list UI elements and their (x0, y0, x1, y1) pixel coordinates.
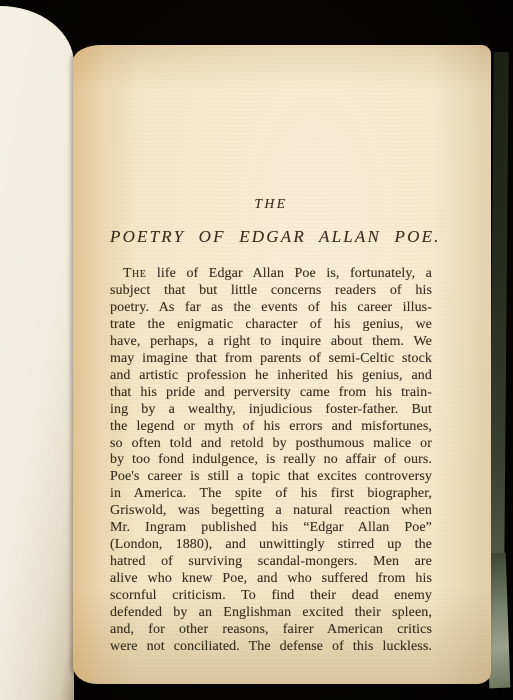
lead-word-smallcaps: The (123, 266, 146, 281)
text-line: Griswold, was begetting a natural reacti… (110, 503, 432, 520)
body-paragraph: The life of Edgar Allan Poe is, fortunat… (110, 266, 432, 656)
book-page: THE POETRY OF EDGAR ALLAN POE. The life … (73, 45, 491, 684)
text-line: and artistic profession he inherited his… (110, 368, 432, 385)
first-line-rest: life of Edgar Allan Poe is, fortunately,… (157, 266, 432, 281)
text-line: (London, 1880), and unwittingly stirred … (110, 537, 432, 554)
text-line: alive who knew Poe, and who suffered fro… (110, 571, 432, 588)
text-line: so often told and retold by posthumous m… (110, 436, 432, 453)
text-line: The life of Edgar Allan Poe is, fortunat… (110, 266, 432, 283)
body-lines: subject that but little concerns readers… (110, 283, 432, 656)
text-line: and, for other reasons, fairer American … (110, 622, 432, 639)
text-line: the legend or myth of his errors and mis… (110, 419, 432, 436)
chapter-title: POETRY OF EDGAR ALLAN POE. (110, 226, 432, 247)
text-line: scornful criticism. To find their dead e… (110, 588, 432, 605)
text-line: hatred of surviving scandal-mongers. Men… (110, 554, 432, 571)
text-line: poetry. As far as the events of his care… (110, 300, 432, 317)
facing-page (0, 6, 74, 700)
text-line: may imagine that from parents of semi-Ce… (110, 351, 432, 368)
page-content: THE POETRY OF EDGAR ALLAN POE. The life … (110, 196, 432, 656)
chapter-kicker: THE (110, 196, 432, 212)
text-line: in America. The spite of his first biogr… (110, 486, 432, 503)
text-line: ing by a wealthy, injudicious foster-fat… (110, 402, 432, 419)
text-line: subject that but little concerns readers… (110, 283, 432, 300)
text-line: that his pride and perversity came from … (110, 385, 432, 402)
text-line: Mr. Ingram published his “Edgar Allan Po… (110, 520, 432, 537)
text-line: by too fond indulgence, is really no aff… (110, 452, 432, 469)
text-line: were not conciliated. The defense of thi… (110, 639, 432, 656)
text-line: Poe's career is still a topic that excit… (110, 469, 432, 486)
book-photo: THE POETRY OF EDGAR ALLAN POE. The life … (0, 0, 513, 700)
text-line: defended by an Englishman excited their … (110, 605, 432, 622)
text-line: trate the enigmatic character of his gen… (110, 317, 432, 334)
text-line: have, perhaps, a right to inquire about … (110, 334, 432, 351)
